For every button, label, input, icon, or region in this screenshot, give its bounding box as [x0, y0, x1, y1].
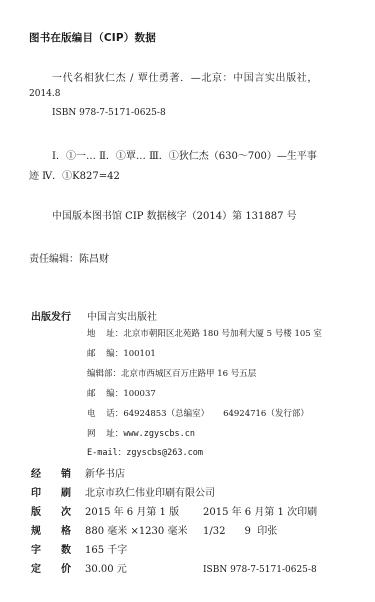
detail-row-price: 定价30.00 元ISBN 978-7-5171-0625-8 — [31, 560, 317, 575]
detail-row-wordcount: 字数165 千字 — [31, 541, 127, 556]
phone-label: 电 话： — [87, 409, 123, 419]
detail-label-b: 刷 — [61, 484, 85, 499]
publisher-label: 出版发行 — [31, 308, 71, 323]
editorial-row: 编辑部：北京市西城区百万庄路甲 16 号五层 — [87, 367, 256, 379]
detail-value: 30.00 元 — [85, 560, 203, 575]
phone-row: 电 话：64924853（总编室）64924716（发行部） — [87, 407, 309, 419]
detail-row-printer: 印刷北京市玖仁伟业印刷有限公司 — [31, 484, 215, 499]
postcode-label: 邮 编： — [87, 349, 123, 359]
email-row: E-mail：zgyscbs@263.com — [87, 446, 203, 458]
detail-label-a: 定 — [31, 560, 61, 575]
postcode2-value: 100037 — [123, 389, 155, 399]
cip-isbn: ISBN 978-7-5171-0625-8 — [52, 108, 166, 118]
detail-label-b: 数 — [61, 541, 85, 556]
address-row: 地 址：北京市朝阳区北苑路 180 号加利大厦 5 号楼 105 室 — [87, 327, 322, 339]
cip-line-1: 一代名相狄仁杰 / 覃仕勇著．—北京：中国言实出版社， — [52, 69, 318, 84]
detail-value: 北京市玖仁伟业印刷有限公司 — [85, 488, 215, 499]
detail-label-a: 版 — [31, 503, 61, 518]
editor-label: 责任编辑： — [29, 254, 79, 265]
editor-name: 陈昌财 — [79, 254, 109, 265]
cip-number: 中国版本图书馆 CIP 数据核字（2014）第 131887 号 — [52, 207, 297, 222]
detail-label-b: 次 — [61, 503, 85, 518]
postcode2-row: 邮 编：100037 — [87, 387, 156, 399]
detail-label-a: 规 — [31, 522, 61, 537]
postcode2-label: 邮 编： — [87, 389, 123, 399]
detail-value: 880 毫米 ×1230 毫米 — [85, 522, 203, 537]
editorial-address: 北京市西城区百万庄路甲 16 号五层 — [121, 369, 256, 379]
web-row: 网 址：www.zgyscbs.cn — [87, 427, 195, 439]
web-label: 网 址： — [87, 429, 123, 439]
cip-line-2: 2014.8 — [29, 89, 61, 99]
detail-value: 新华书店 — [85, 469, 125, 480]
address-label: 地 址： — [87, 329, 123, 339]
address-value: 北京市朝阳区北苑路 180 号加利大厦 5 号楼 105 室 — [123, 329, 322, 339]
detail-row-distribution: 经销新华书店 — [31, 465, 125, 480]
detail-label-b: 销 — [61, 465, 85, 480]
detail-value-2: 1/32 9 印张 — [203, 526, 277, 537]
detail-value: 165 千字 — [85, 545, 127, 556]
editorial-label: 编辑部： — [87, 369, 121, 379]
detail-label-b: 价 — [61, 560, 85, 575]
cip-title: 图书在版编目（CIP）数据 — [29, 30, 156, 45]
postcode-row: 邮 编：100101 — [87, 347, 156, 359]
detail-value-2: ISBN 978-7-5171-0625-8 — [203, 565, 317, 575]
detail-label-a: 字 — [31, 541, 61, 556]
phone-1: 64924853（总编室） — [123, 409, 209, 419]
detail-label-b: 格 — [61, 522, 85, 537]
cip-classification-2: 迹 Ⅳ．①K827=42 — [29, 167, 120, 182]
publisher-name: 中国言实出版社 — [87, 308, 157, 323]
detail-row-format: 规格880 毫米 ×1230 毫米1/32 9 印张 — [31, 522, 277, 537]
detail-label-a: 印 — [31, 484, 61, 499]
detail-value-2: 2015 年 6 月第 1 次印刷 — [203, 507, 317, 518]
phone-2: 64924716（发行部） — [223, 409, 309, 419]
detail-label-a: 经 — [31, 465, 61, 480]
email-value: zgyscbs@263.com — [126, 448, 203, 458]
detail-row-edition: 版次2015 年 6 月第 1 版2015 年 6 月第 1 次印刷 — [31, 503, 317, 518]
detail-value: 2015 年 6 月第 1 版 — [85, 503, 203, 518]
web-value: www.zgyscbs.cn — [123, 429, 195, 439]
editor-line: 责任编辑：陈昌财 — [29, 247, 109, 266]
cip-classification-1: Ⅰ．①一… Ⅱ．①覃… Ⅲ．①狄仁杰（630～700）—生平事 — [52, 147, 317, 162]
email-label: E-mail： — [87, 448, 126, 458]
postcode-value: 100101 — [123, 349, 155, 359]
